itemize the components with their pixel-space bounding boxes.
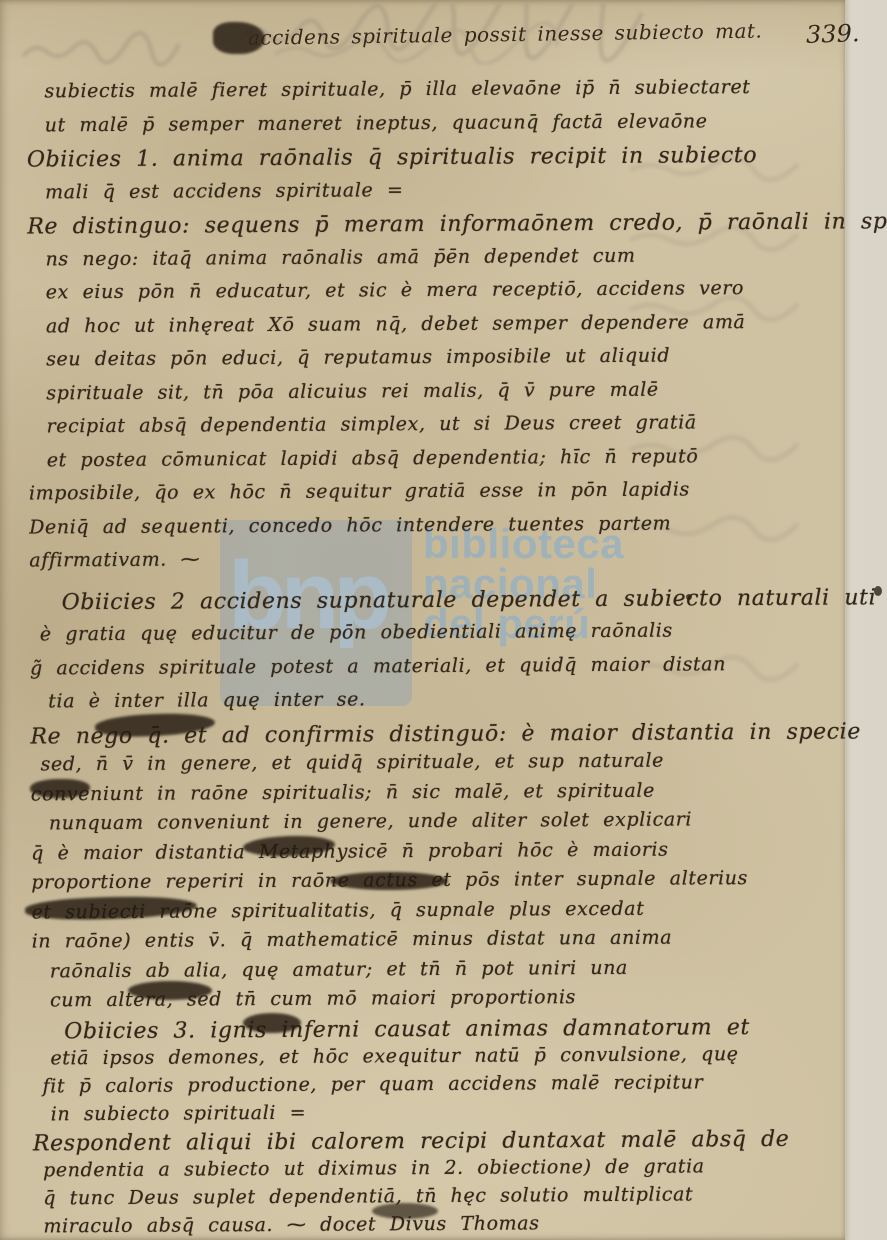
ink-blot: [330, 872, 448, 890]
ink-blot: [128, 981, 212, 1000]
text-line: Obiicies 2 accidens supnaturale dependet…: [30, 585, 830, 623]
margin-ink-dot: [874, 586, 882, 596]
folio-number: 339.: [806, 19, 860, 49]
ink-blot: [243, 1013, 301, 1033]
text-line: in raōne) entis v̄. q̄ mathematicē minus…: [32, 926, 832, 960]
text-line: et postea cōmunicat lapidi absq̄ depende…: [29, 444, 829, 482]
text-line: Obiicies 1. anima raōnalis q̄ spirituali…: [27, 143, 827, 181]
text-line: Deniq̄ ad sequenti, concedo hōc intender…: [29, 511, 829, 549]
text-line: affirmativam. ⁓: [29, 545, 829, 583]
text-line: subiectis malē fieret spirituale, p̄ ill…: [26, 76, 826, 114]
text-line: è gratia quę educitur de pōn obediential…: [30, 619, 830, 657]
text-line: recipiat absq̄ dependentia simplex, ut s…: [29, 411, 829, 449]
ghost-writing: [18, 26, 188, 76]
scan-edge: [845, 0, 887, 1240]
text-line: ut malē p̄ semper maneret ineptus, quacu…: [27, 109, 827, 147]
text-line: ns nego: itaq̄ anima raōnalis amā p̄ēn d…: [27, 243, 827, 281]
text-line: mali q̄ est accidens spirituale =: [27, 176, 827, 214]
text-line: spirituale sit, tn̄ pōa alicuius rei mal…: [28, 377, 828, 415]
text-line: sed, n̄ v̄ in genere, et quidq̄ spiritua…: [31, 749, 831, 783]
ink-blot: [372, 1203, 438, 1219]
margin-ink-dot: [686, 594, 692, 600]
text-line: imposibile, q̄o ex hōc n̄ sequitur grati…: [29, 478, 829, 516]
text-line: Re distinguo: sequens p̄ meram informaōn…: [27, 210, 827, 248]
text-line: seu deitas pōn educi, q̄ reputamus impos…: [28, 344, 828, 382]
text-line: ex eius pōn n̄ educatur, et sic è mera r…: [28, 277, 828, 315]
text-line: ad hoc ut inhęreat Xō suam nq̄, debet se…: [28, 310, 828, 348]
manuscript-text: subiectis malē fieret spirituale, p̄ ill…: [26, 76, 833, 1240]
text-line: g̃ accidens spirituale potest a material…: [30, 652, 830, 690]
